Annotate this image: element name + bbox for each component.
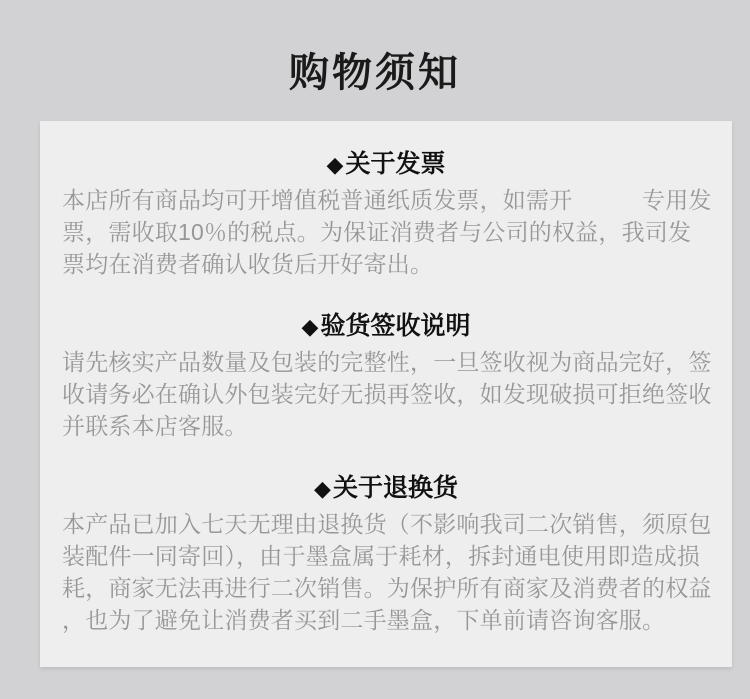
notice-card: ◆关于发票 本店所有商品均可开增值税普通纸质发票，如需开 专用发 票，需收取10…: [40, 121, 732, 667]
diamond-icon: ◆: [327, 152, 344, 177]
text-line: 请先核实产品数量及包装的完整性，一旦签收视为商品完好，签: [62, 346, 710, 378]
page-title: 购物须知: [0, 0, 750, 94]
text-line: ，也为了避免让消费者买到二手墨盒，下单前请咨询客服。: [62, 604, 710, 636]
text-line: 并联系本店客服。: [62, 410, 710, 442]
section-returns: ◆关于退换货 本产品已加入七天无理由退换货（不影响我司二次销售，须原包 装配件一…: [62, 472, 710, 636]
section-returns-body: 本产品已加入七天无理由退换货（不影响我司二次销售，须原包 装配件一同寄回），由于…: [62, 508, 710, 636]
text-line: 收请务必在确认外包装完好无损再签收，如发现破损可拒绝签收: [62, 378, 710, 410]
section-invoice-heading-text: 关于发票: [345, 150, 445, 178]
section-inspection-heading-text: 验货签收说明: [320, 312, 470, 340]
section-invoice-heading: ◆关于发票: [62, 148, 710, 181]
section-inspection: ◆验货签收说明 请先核实产品数量及包装的完整性，一旦签收视为商品完好，签 收请务…: [62, 310, 710, 442]
section-invoice: ◆关于发票 本店所有商品均可开增值税普通纸质发票，如需开 专用发 票，需收取10…: [62, 148, 710, 280]
section-returns-heading-text: 关于退换货: [333, 474, 458, 502]
section-returns-heading: ◆关于退换货: [62, 472, 710, 505]
text-line: 装配件一同寄回），由于墨盒属于耗材，拆封通电使用即造成损: [62, 540, 710, 572]
text-line: 本产品已加入七天无理由退换货（不影响我司二次销售，须原包: [62, 508, 710, 540]
text-line: 票均在消费者确认收货后开好寄出。: [62, 248, 710, 280]
shopping-notice-page: 购物须知 ◆关于发票 本店所有商品均可开增值税普通纸质发票，如需开 专用发 票，…: [0, 0, 750, 667]
text-line: 本店所有商品均可开增值税普通纸质发票，如需开 专用发: [62, 184, 710, 216]
section-invoice-body: 本店所有商品均可开增值税普通纸质发票，如需开 专用发 票，需收取10％的税点。为…: [62, 184, 710, 280]
section-inspection-body: 请先核实产品数量及包装的完整性，一旦签收视为商品完好，签 收请务必在确认外包装完…: [62, 346, 710, 442]
text-line: 耗，商家无法再进行二次销售。为保护所有商家及消费者的权益: [62, 572, 710, 604]
text-line: 票，需收取10％的税点。为保证消费者与公司的权益，我司发: [62, 216, 710, 248]
diamond-icon: ◆: [302, 314, 319, 339]
section-inspection-heading: ◆验货签收说明: [62, 310, 710, 343]
diamond-icon: ◆: [314, 476, 331, 501]
